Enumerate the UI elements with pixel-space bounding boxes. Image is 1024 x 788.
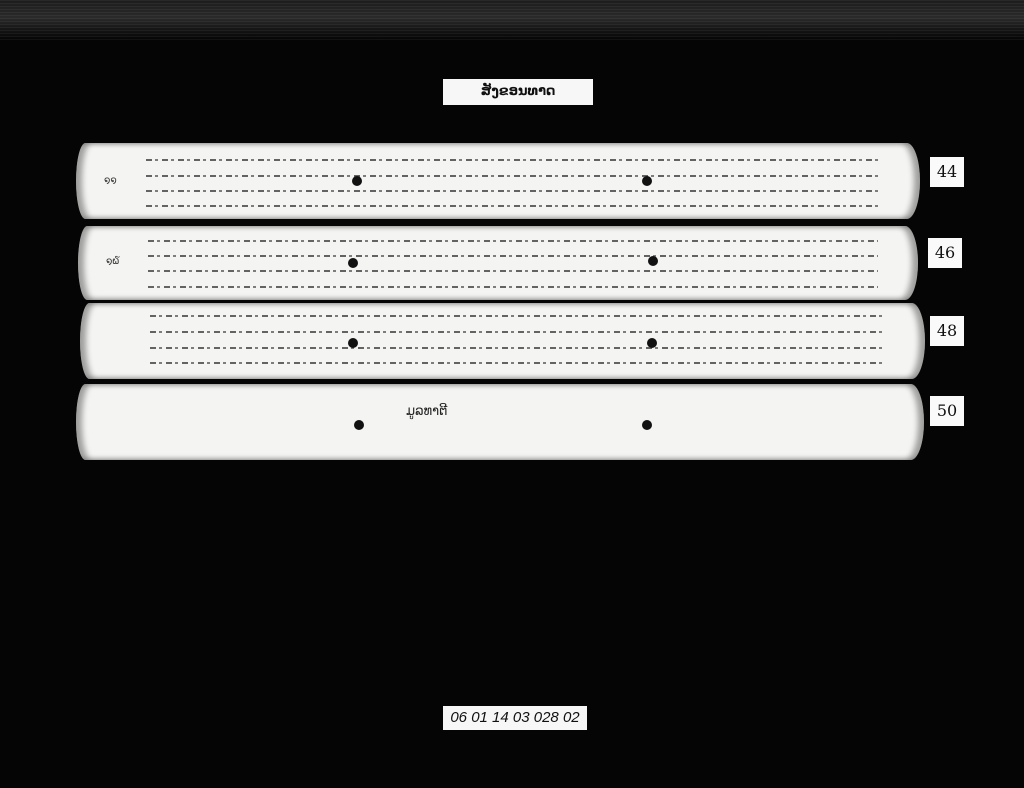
palm-leaf-page-50: ມູລທາຕີ — [76, 384, 924, 460]
page-number-46: 46 — [928, 238, 962, 268]
scan-edge-noise — [0, 0, 1024, 40]
text-line — [150, 331, 885, 333]
text-line — [148, 240, 878, 242]
palm-leaf-page-48 — [80, 303, 925, 379]
leaf-margin-mark: ໑໖ — [106, 256, 119, 267]
binding-hole — [647, 338, 657, 348]
leaf-margin-mark: ໑໑ — [104, 175, 117, 186]
text-line — [150, 362, 885, 364]
binding-hole — [642, 176, 652, 186]
text-line — [146, 190, 880, 192]
text-line — [150, 315, 885, 317]
binding-hole — [642, 420, 652, 430]
binding-hole — [648, 256, 658, 266]
text-line — [148, 255, 878, 257]
palm-leaf-page-46: ໑໖ — [78, 226, 918, 300]
binding-hole — [354, 420, 364, 430]
text-line — [146, 159, 880, 161]
leaf-center-text: ມູລທາຕີ — [406, 404, 447, 419]
binding-hole — [348, 258, 358, 268]
catalog-id-label: 06 01 14 03 028 02 — [443, 706, 587, 730]
page-number-44: 44 — [930, 157, 964, 187]
page-number-50: 50 — [930, 396, 964, 426]
binding-hole — [348, 338, 358, 348]
page-number-48: 48 — [930, 316, 964, 346]
palm-leaf-page-44: ໑໑ — [76, 143, 920, 219]
binding-hole — [352, 176, 362, 186]
text-line — [148, 270, 878, 272]
text-line — [146, 205, 880, 207]
text-line — [150, 347, 885, 349]
manuscript-title-label: ສັງຂອນທາດ — [443, 79, 593, 105]
text-line — [146, 175, 880, 177]
text-line — [148, 286, 878, 288]
